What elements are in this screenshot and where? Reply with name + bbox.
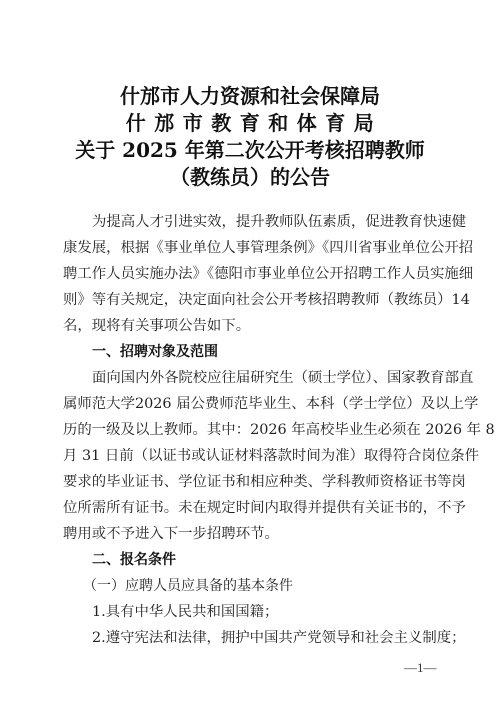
intro-paragraph: 为提高人才引进实效，提升教师队伍素质，促进教育快速健 康发展，根据《事业单位人事… [63,209,439,339]
paragraph-line: 面向国内外各院校应往届研究生（硕士学位）、国家教育部直 [63,365,439,391]
paragraph-line: 月 31 日前（以证书或认证材料落款时间为准）取得符合岗位条件 [63,443,439,469]
section1-paragraph: 面向国内外各院校应往届研究生（硕士学位）、国家教育部直 属师范大学2026 届公… [63,365,439,547]
title-line-subject-cont: （教练员）的公告 [0,164,500,191]
paragraph-line: 位所需所有证书。未在规定时间内取得并提供有关证书的，不予 [63,495,439,521]
section-heading-registration-conditions: 二、报名条件 [63,547,439,573]
subsection-heading-basic-conditions: （一）应聘人员应具备的基本条件 [63,573,439,599]
title-line-issuer-education: 什邡市教育和体育局 [0,110,500,137]
paragraph-line: 历的一级及以上教师。其中：2026 年高校毕业生必须在 2026 年 8 [63,417,439,443]
paragraph-line: 聘工作人员实施办法》《德阳市事业单位公开招聘工作人员实施细 [63,261,439,287]
page-number: —1— [404,660,437,676]
paragraph-line: 名，现将有关事项公告如下。 [63,313,439,339]
condition-item: 1.具有中华人民共和国国籍； [63,599,439,625]
paragraph-line: 要求的毕业证书、学位证书和相应种类、学科教师资格证书等岗 [63,469,439,495]
document-page: 什邡市人力资源和社会保障局 什邡市教育和体育局 关于 2025 年第二次公开考核… [0,0,500,707]
paragraph-line: 则》等有关规定，决定面向社会公开考核招聘教师（教练员）14 [63,287,439,313]
condition-item: 2.遵守宪法和法律，拥护中国共产党领导和社会主义制度； [63,625,439,651]
paragraph-line: 属师范大学2026 届公费师范毕业生、本科（学士学位）及以上学 [63,391,439,417]
paragraph-line: 为提高人才引进实效，提升教师队伍素质，促进教育快速健 [63,209,439,235]
title-line-subject: 关于 2025 年第二次公开考核招聘教师 [0,137,500,164]
title-line-issuer-hrss: 什邡市人力资源和社会保障局 [0,83,500,110]
paragraph-line: 聘用或不予进入下一步招聘环节。 [63,521,439,547]
document-body: 为提高人才引进实效，提升教师队伍素质，促进教育快速健 康发展，根据《事业单位人事… [63,209,439,651]
section-heading-recruitment-scope: 一、招聘对象及范围 [63,339,439,365]
document-title: 什邡市人力资源和社会保障局 什邡市教育和体育局 关于 2025 年第二次公开考核… [0,83,500,191]
paragraph-line: 康发展，根据《事业单位人事管理条例》《四川省事业单位公开招 [63,235,439,261]
